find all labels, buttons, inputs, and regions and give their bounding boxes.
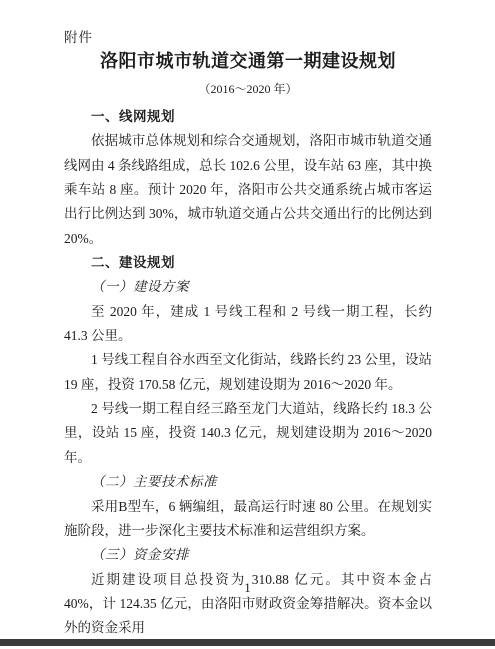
page-number: 1 <box>0 581 495 595</box>
paragraph: 2 号线一期工程自经三路至龙门大道站，线路长约 18.3 公里，设站 15 座，… <box>64 397 432 470</box>
page-bottom-edge <box>0 639 495 646</box>
document-content: 附件 洛阳市城市轨道交通第一期建设规划 （2016～2020 年） 一、线网规划… <box>64 30 432 641</box>
section-heading: 二、建设规划 <box>64 251 432 275</box>
section-heading: 一、线网规划 <box>64 105 432 129</box>
attachment-label: 附件 <box>64 30 432 46</box>
paragraph: 近期建设项目总投资为 310.88 亿元。其中资本金占 40%，计 124.35… <box>64 568 432 641</box>
document-page: 附件 洛阳市城市轨道交通第一期建设规划 （2016～2020 年） 一、线网规划… <box>0 0 495 649</box>
paragraph: 依据城市总体规划和综合交通规划，洛阳市城市轨道交通线网由 4 条线路组成，总长 … <box>64 129 432 251</box>
paragraph: 采用B型车，6 辆编组，最高运行时速 80 公里。在规划实施阶段，进一步深化主要… <box>64 495 432 544</box>
sub-heading: （二）主要技术标准 <box>64 470 432 494</box>
sub-heading: （三）资金安排 <box>64 543 432 567</box>
document-subtitle: （2016～2020 年） <box>64 82 432 96</box>
sub-heading: （一）建设方案 <box>64 275 432 299</box>
document-title: 洛阳市城市轨道交通第一期建设规划 <box>64 50 432 73</box>
document-paragraphs: 一、线网规划依据城市总体规划和综合交通规划，洛阳市城市轨道交通线网由 4 条线路… <box>64 105 432 641</box>
paragraph: 至 2020 年，建成 1 号线工程和 2 号线一期工程，长约 41.3 公里。 <box>64 300 432 349</box>
paragraph: 1 号线工程自谷水西至文化街站，线路长约 23 公里，设站 19 座，投资 17… <box>64 348 432 397</box>
